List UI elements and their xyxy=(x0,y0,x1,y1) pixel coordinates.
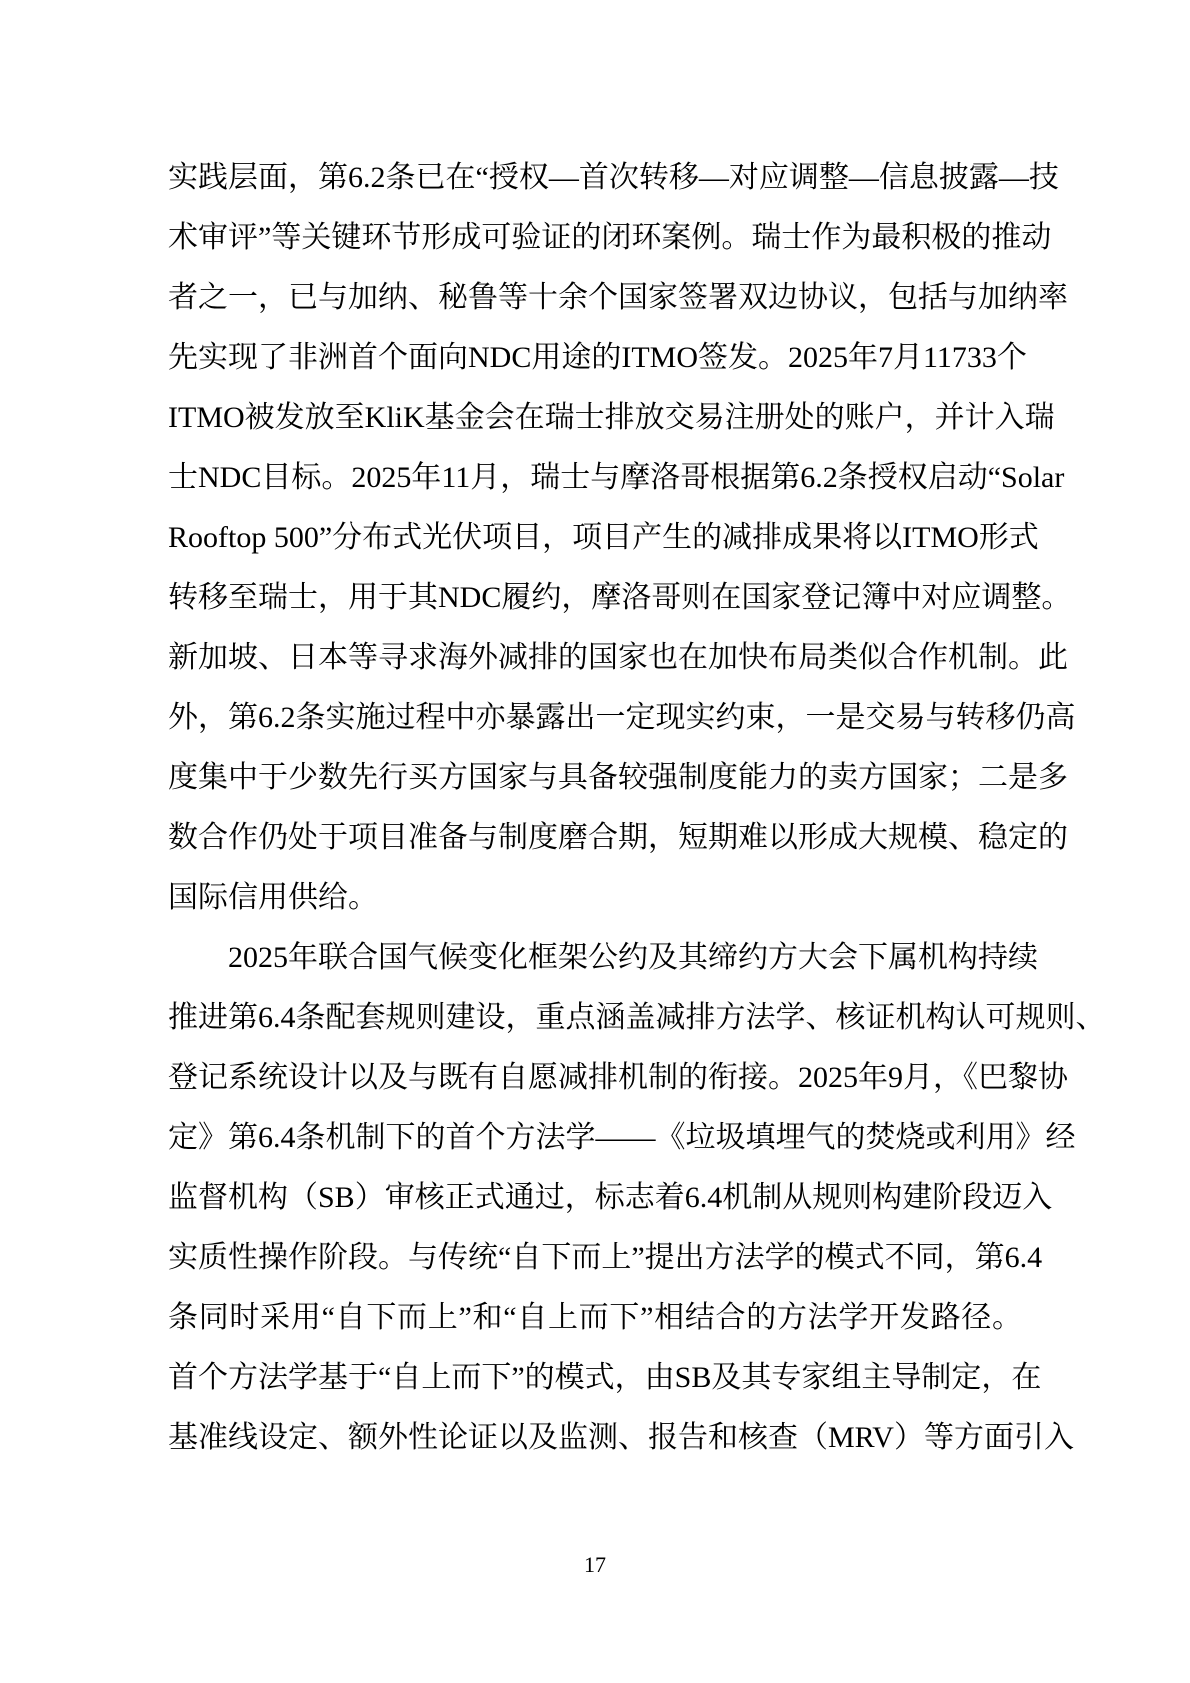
text-line: 实质性操作阶段。与传统“自下而上”提出方法学的模式不同，第6.4 xyxy=(168,1228,1022,1288)
text-line: 者之一，已与加纳、秘鲁等十余个国家签署双边协议，包括与加纳率 xyxy=(168,268,1022,328)
text-line: 转移至瑞士，用于其NDC履约，摩洛哥则在国家登记簿中对应调整。 xyxy=(168,568,1022,628)
page-number: 17 xyxy=(0,1550,1190,1580)
text-line: 基准线设定、额外性论证以及监测、报告和核查（MRV）等方面引入 xyxy=(168,1408,1022,1468)
text-line: 数合作仍处于项目准备与制度磨合期，短期难以形成大规模、稳定的 xyxy=(168,808,1022,868)
paragraph-2: 2025年联合国气候变化框架公约及其缔约方大会下属机构持续推进第6.4条配套规则… xyxy=(168,928,1022,1468)
text-line: 条同时采用“自下而上”和“自上而下”相结合的方法学开发路径。 xyxy=(168,1288,1022,1348)
text-line: 2025年联合国气候变化框架公约及其缔约方大会下属机构持续 xyxy=(168,928,1022,988)
text-line: 度集中于少数先行买方国家与具备较强制度能力的卖方国家；二是多 xyxy=(168,748,1022,808)
text-line: 定》第6.4条机制下的首个方法学——《垃圾填埋气的焚烧或利用》经 xyxy=(168,1108,1022,1168)
text-line: Rooftop 500”分布式光伏项目，项目产生的减排成果将以ITMO形式 xyxy=(168,508,1022,568)
text-line: 术审评”等关键环节形成可验证的闭环案例。瑞士作为最积极的推动 xyxy=(168,208,1022,268)
text-line: 首个方法学基于“自上而下”的模式，由SB及其专家组主导制定，在 xyxy=(168,1348,1022,1408)
document-page: 实践层面，第6.2条已在“授权—首次转移—对应调整—信息披露—技术审评”等关键环… xyxy=(0,0,1190,1683)
text-line: 先实现了非洲首个面向NDC用途的ITMO签发。2025年7月11733个 xyxy=(168,328,1022,388)
text-line: 士NDC目标。2025年11月，瑞士与摩洛哥根据第6.2条授权启动“Solar xyxy=(168,448,1022,508)
text-line: 监督机构（SB）审核正式通过，标志着6.4机制从规则构建阶段迈入 xyxy=(168,1168,1022,1228)
text-line: 推进第6.4条配套规则建设，重点涵盖减排方法学、核证机构认可规则、 xyxy=(168,988,1022,1048)
paragraph-1: 实践层面，第6.2条已在“授权—首次转移—对应调整—信息披露—技术审评”等关键环… xyxy=(168,148,1022,928)
body-text: 实践层面，第6.2条已在“授权—首次转移—对应调整—信息披露—技术审评”等关键环… xyxy=(168,148,1022,1468)
text-line: 国际信用供给。 xyxy=(168,868,1022,928)
text-line: 登记系统设计以及与既有自愿减排机制的衔接。2025年9月，《巴黎协 xyxy=(168,1048,1022,1108)
text-line: 外，第6.2条实施过程中亦暴露出一定现实约束，一是交易与转移仍高 xyxy=(168,688,1022,748)
text-line: 新加坡、日本等寻求海外减排的国家也在加快布局类似合作机制。此 xyxy=(168,628,1022,688)
text-line: 实践层面，第6.2条已在“授权—首次转移—对应调整—信息披露—技 xyxy=(168,148,1022,208)
text-line: ITMO被发放至KliK基金会在瑞士排放交易注册处的账户，并计入瑞 xyxy=(168,388,1022,448)
